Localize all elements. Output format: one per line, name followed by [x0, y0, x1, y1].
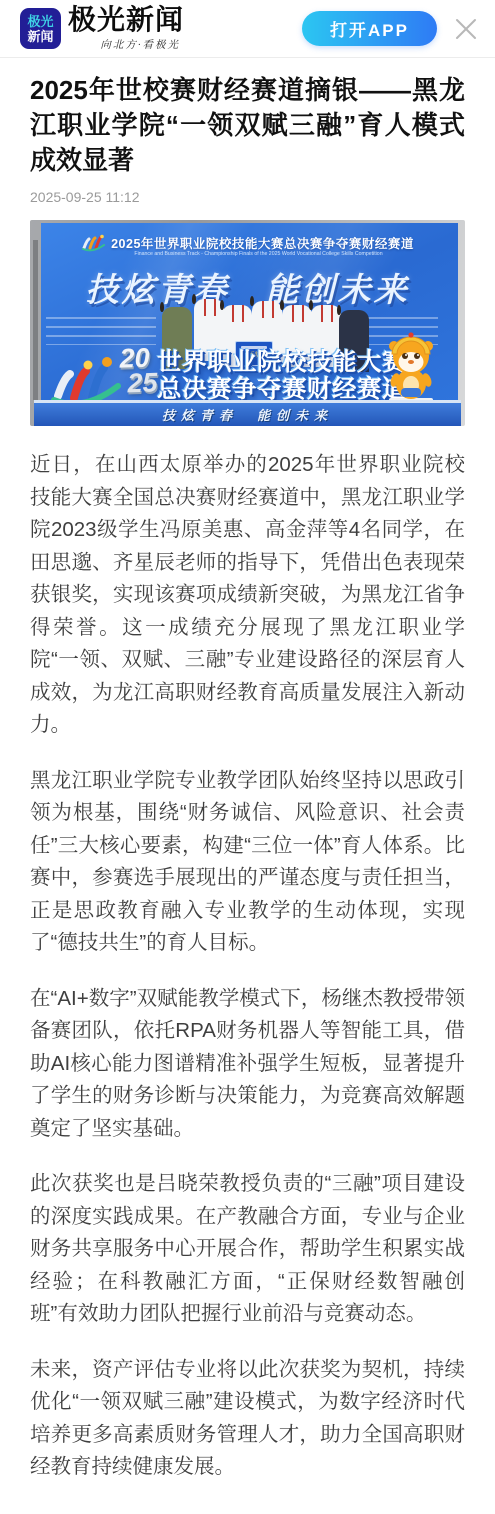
article-photo: 2025年世界职业院校技能大赛总决赛争夺赛财经赛道 Finance and Bu…	[30, 220, 465, 426]
close-icon	[453, 16, 479, 42]
app-header: 极光 新闻 极光新闻 向北方·看极光 打开APP	[0, 0, 495, 58]
article-paragraph: 近日，在山西太原举办的2025年世界职业院校技能大赛全国总决赛财经赛道中，黑龙江…	[30, 449, 465, 742]
year-bottom: 25	[127, 370, 158, 396]
mascot-figure	[382, 324, 440, 410]
article-paragraph: 在“AI+数字”双赋能教学模式下，杨继杰教授带领备赛团队，依托RPA财务机器人等…	[30, 983, 465, 1146]
sign-line-1: 世界职业院校技能大赛	[157, 349, 407, 376]
article-page: 2025年世校赛财经赛道摘银——黑龙江职业学院“一领双赋三融”育人模式成效显著 …	[0, 58, 495, 1514]
article-paragraph: 黑龙江职业学院专业教学团队始终坚持以思政引领为根基，围绕“财务诚信、风险意识、社…	[30, 765, 465, 960]
sign-line-2: 总决赛争夺赛财经赛道	[157, 376, 407, 403]
logo-text-top: 极光	[27, 14, 53, 29]
article-date: 2025-09-25 11:12	[30, 189, 465, 205]
article-paragraph: 未来，资产评估专业将以此次获奖为契机，持续优化“一领双赋三融”建设模式，为数字经…	[30, 1354, 465, 1484]
brand-tagline: 向北方·看极光	[100, 37, 180, 52]
article-paragraph: 此次获奖也是吕晓荣教授负责的“三融”项目建设的深度实践成果。在产教融合方面，专业…	[30, 1168, 465, 1331]
open-app-button[interactable]: 打开APP	[302, 11, 437, 46]
year-2025-sign: 20 25	[119, 345, 158, 396]
billboard-small-text-left	[46, 317, 156, 345]
stage-base: 技炫青春 能创未来	[34, 400, 461, 426]
billboard-sign-text: 世界职业院校技能大赛 总决赛争夺赛财经赛道	[157, 349, 407, 403]
article-title: 2025年世校赛财经赛道摘银——黑龙江职业学院“一领双赋三融”育人模式成效显著	[30, 73, 465, 178]
jiguang-news-logo: 极光 新闻	[20, 8, 61, 49]
stage-slogan: 技炫青春 能创未来	[162, 405, 333, 424]
close-button[interactable]	[451, 14, 481, 44]
billboard-banner: 2025年世界职业院校技能大赛总决赛争夺赛财经赛道	[30, 234, 465, 252]
billboard-banner-title: 2025年世界职业院校技能大赛总决赛争夺赛财经赛道	[111, 234, 414, 252]
brand-block: 极光新闻 向北方·看极光	[68, 6, 184, 52]
logo-text-bottom: 新闻	[27, 29, 53, 44]
article-body: 近日，在山西太原举办的2025年世界职业院校技能大赛全国总决赛财经赛道中，黑龙江…	[30, 449, 465, 1484]
billboard-banner-subtitle: Finance and Business Track - Championshi…	[134, 251, 360, 257]
brand-name: 极光新闻	[68, 6, 184, 36]
competition-logo-icon	[81, 234, 105, 252]
